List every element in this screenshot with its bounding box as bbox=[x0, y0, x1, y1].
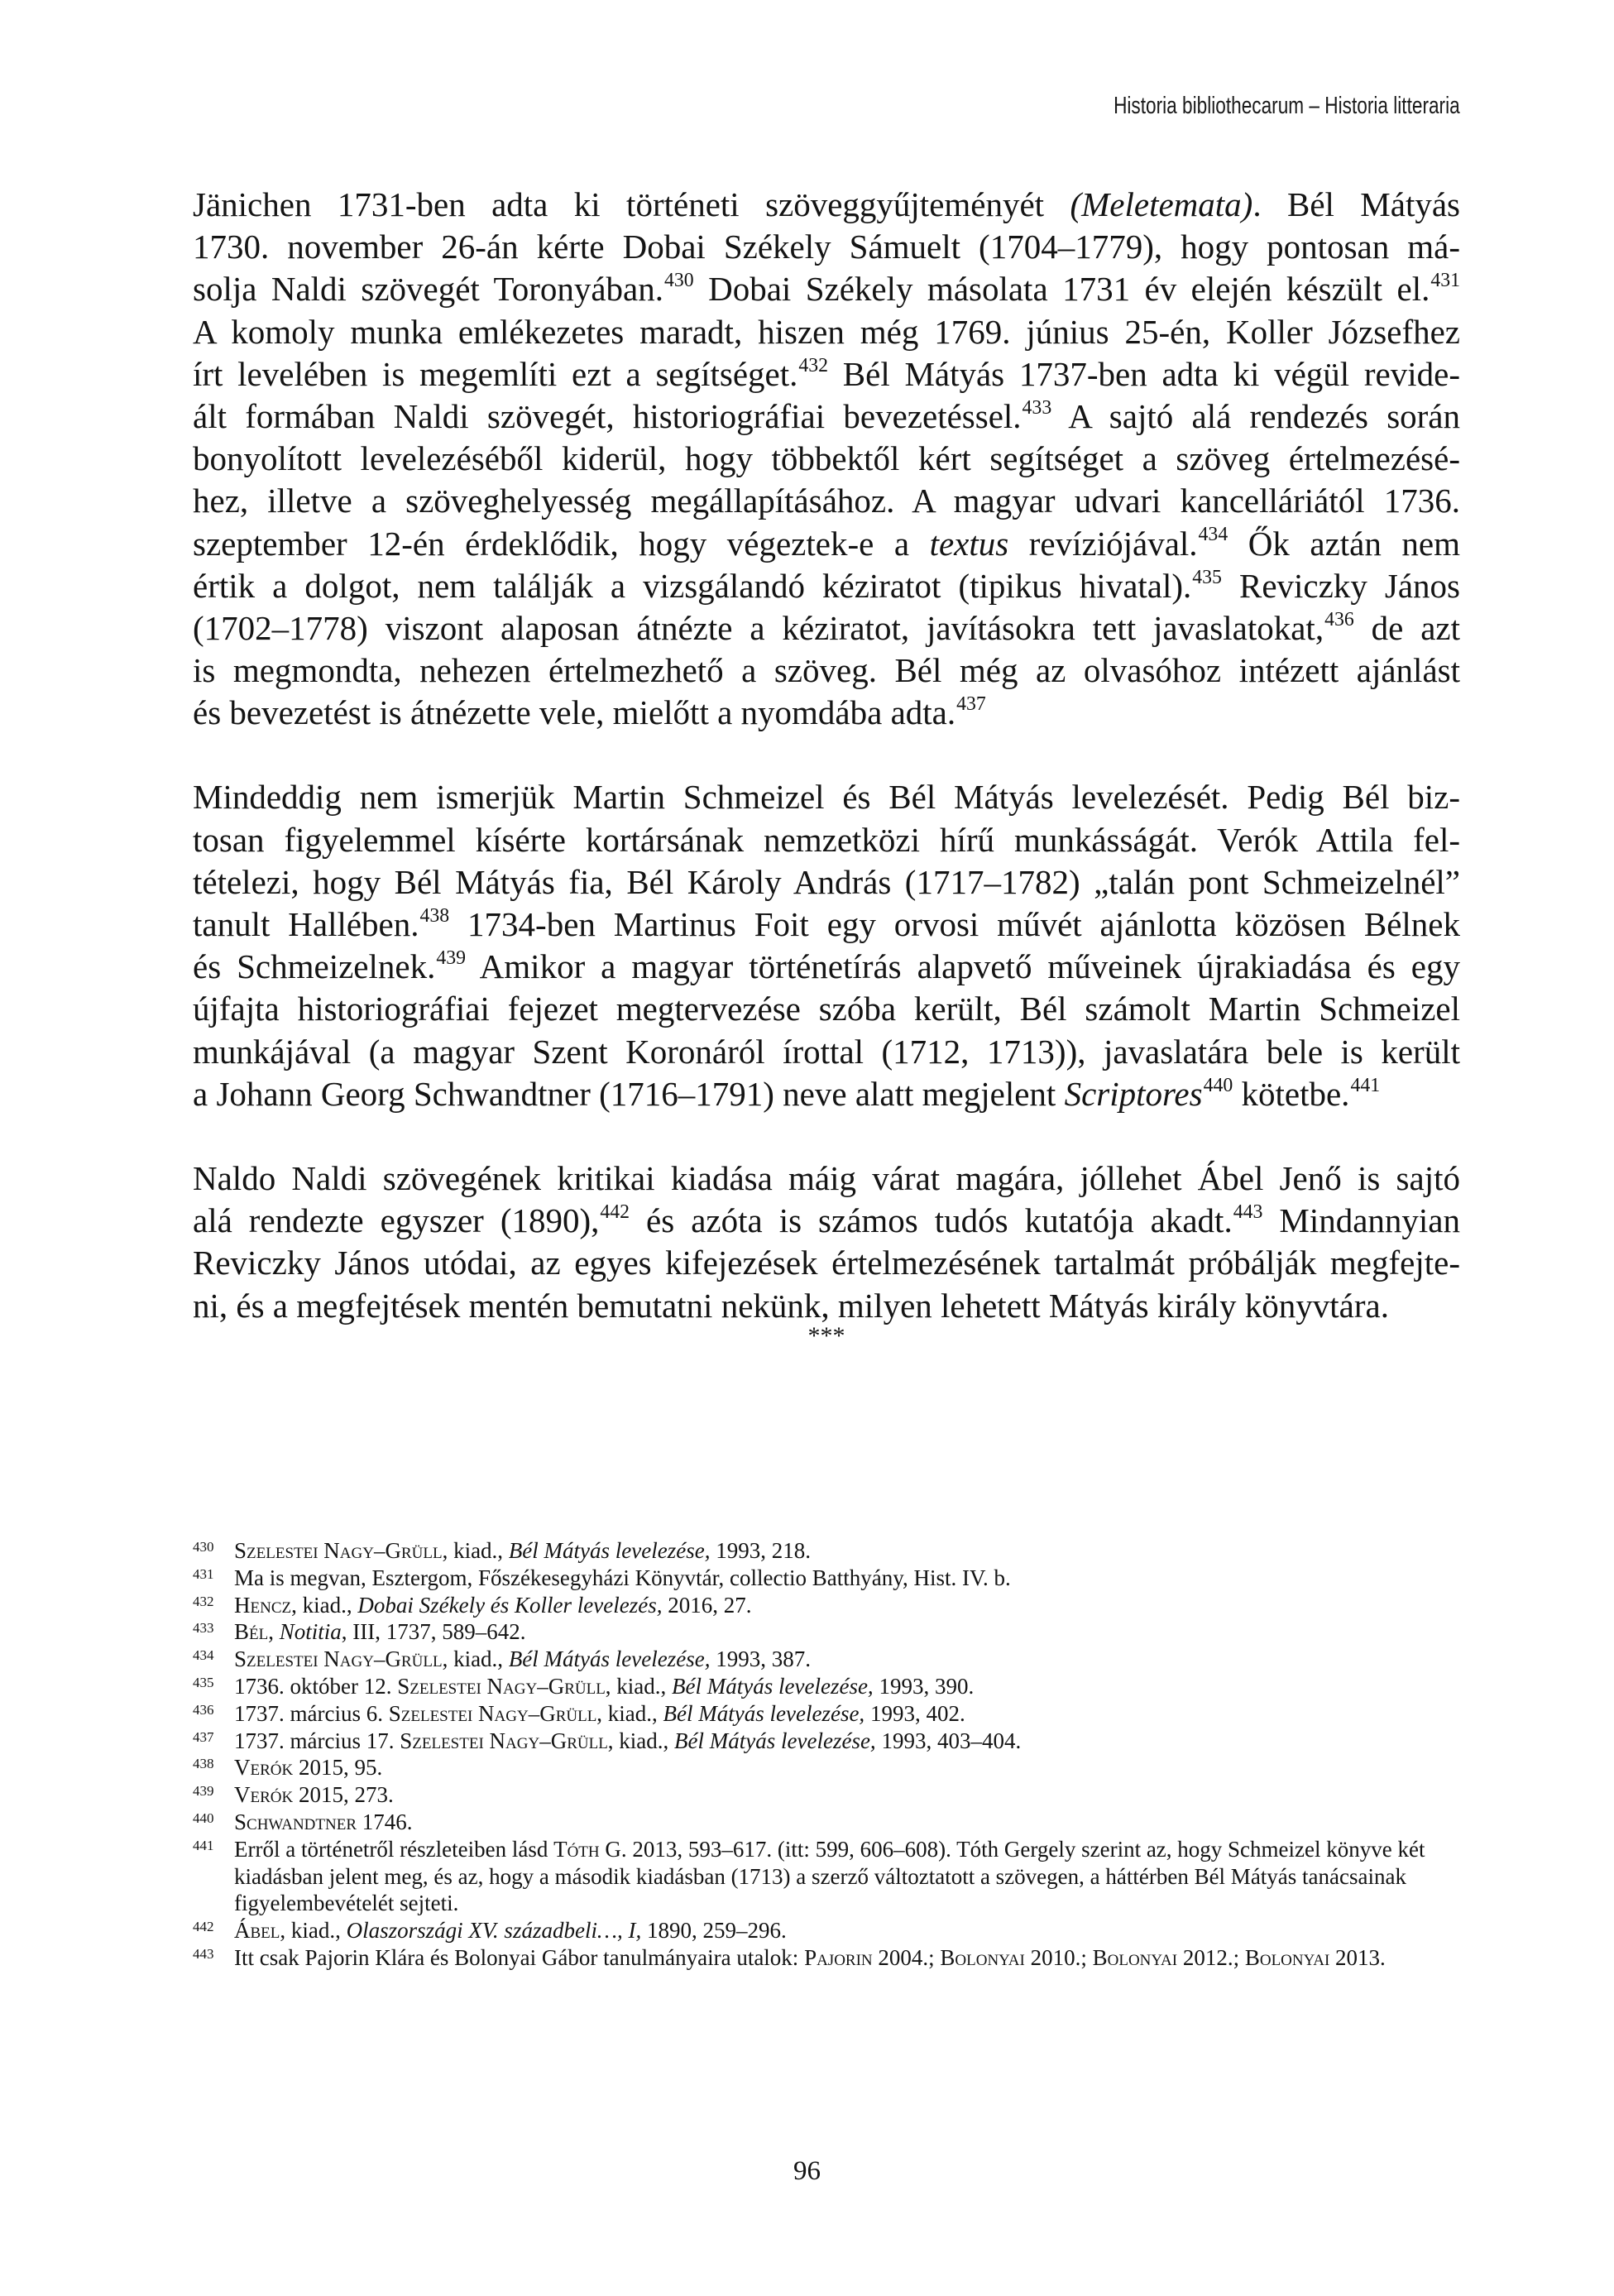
text-run: 2012.; bbox=[1177, 1945, 1245, 1970]
text-run: 1734-ben Martinus Foit egy orvosi művét … bbox=[449, 905, 1460, 943]
text-run: , kiad., bbox=[280, 1918, 346, 1943]
author-name: Verók bbox=[234, 1782, 293, 1807]
italic-title: Bél Mátyás levelezése, bbox=[509, 1647, 711, 1671]
footnote-number: 431 bbox=[193, 1561, 234, 1589]
text-run: 1737. március 17. bbox=[234, 1728, 400, 1753]
text-line: értik a dolgot, nem találják a vizsgálan… bbox=[193, 565, 1460, 607]
footnotes-section: 430Szelestei Nagy–Grüll, kiad., Bél Máty… bbox=[193, 1537, 1460, 1972]
paragraph: Naldo Naldi szövegének kritikai kiadása … bbox=[193, 1158, 1460, 1327]
footnote-reference[interactable]: 440 bbox=[1204, 1075, 1233, 1096]
author-name: Bolonyai bbox=[1093, 1945, 1177, 1970]
footnote-text: 1737. március 6. Szelestei Nagy–Grüll, k… bbox=[234, 1700, 1460, 1728]
text-run: írt levelében is megemlíti ezt a segítsé… bbox=[193, 355, 797, 393]
text-run: 1890, 259–296. bbox=[641, 1918, 787, 1943]
italic-title: Bél Mátyás levelezése, bbox=[674, 1728, 876, 1753]
section-break-asterisks: *** bbox=[193, 1324, 1460, 1349]
footnote-number: 443 bbox=[193, 1941, 234, 1968]
footnote-item: 438Verók 2015, 95. bbox=[193, 1754, 1460, 1781]
text-line: Jänichen 1731-ben adta ki történeti szöv… bbox=[193, 184, 1460, 226]
footnote-text: 1736. október 12. Szelestei Nagy–Grüll, … bbox=[234, 1673, 1460, 1700]
text-run: Amikor a magyar történetírás alapvető mű… bbox=[466, 947, 1460, 985]
author-name: Szelestei Nagy–Grüll bbox=[389, 1701, 597, 1726]
body-text: Jänichen 1731-ben adta ki történeti szöv… bbox=[193, 184, 1460, 1349]
document-page: Historia bibliothecarum – Historia litte… bbox=[0, 0, 1614, 2296]
footnote-number: 442 bbox=[193, 1914, 234, 1941]
footnote-number: 434 bbox=[193, 1642, 234, 1670]
text-run: solja Naldi szövegét Toronyában. bbox=[193, 270, 663, 308]
footnote-number: 439 bbox=[193, 1778, 234, 1805]
text-run: 1993, 387. bbox=[710, 1647, 811, 1671]
text-run: is megmondta, nehezen értelmezhető a szö… bbox=[193, 651, 1460, 689]
text-run: Ma is megvan, Esztergom, Főszékesegyházi… bbox=[234, 1565, 1011, 1590]
footnote-reference[interactable]: 443 bbox=[1233, 1201, 1263, 1223]
footnote-item: 432Hencz, kiad., Dobai Székely és Koller… bbox=[193, 1592, 1460, 1619]
author-name: Szelestei Nagy–Grüll bbox=[400, 1728, 608, 1753]
footnote-number: 441 bbox=[193, 1833, 234, 1860]
text-run: Reviczky János utódai, az egyes kifejezé… bbox=[193, 1244, 1460, 1282]
footnote-reference[interactable]: 439 bbox=[436, 947, 466, 969]
text-line: 1730. november 26-án kérte Dobai Székely… bbox=[193, 226, 1460, 268]
text-line: újfajta historiográfiai fejezet megterve… bbox=[193, 988, 1460, 1030]
footnote-reference[interactable]: 437 bbox=[956, 693, 986, 715]
text-run: revíziójával. bbox=[1008, 525, 1197, 563]
footnote-item: 4351736. október 12. Szelestei Nagy–Grül… bbox=[193, 1673, 1460, 1700]
footnote-text: 1737. március 17. Szelestei Nagy–Grüll, … bbox=[234, 1728, 1460, 1755]
footnote-text: Itt csak Pajorin Klára és Bolonyai Gábor… bbox=[234, 1944, 1460, 1972]
footnote-number: 440 bbox=[193, 1805, 234, 1833]
text-run: 2013. bbox=[1329, 1945, 1386, 1970]
text-run: alá rendezte egyszer (1890), bbox=[193, 1201, 599, 1239]
footnote-reference[interactable]: 435 bbox=[1192, 567, 1222, 588]
author-name: Ábel bbox=[234, 1918, 280, 1943]
text-run: 2004.; bbox=[873, 1945, 941, 1970]
footnote-number: 433 bbox=[193, 1615, 234, 1642]
text-run: tételezi, hogy Bél Mátyás fia, Bél Károl… bbox=[193, 863, 1460, 901]
footnote-item: 434Szelestei Nagy–Grüll, kiad., Bél Máty… bbox=[193, 1646, 1460, 1673]
italic-title: textus bbox=[930, 525, 1009, 563]
author-name: Bél bbox=[234, 1619, 268, 1644]
text-run: és bevezetést is átnézette vele, mielőtt… bbox=[193, 693, 955, 731]
text-line: ni, és a megfejtések mentén bemutatni ne… bbox=[193, 1285, 1460, 1327]
text-line: hez, illetve a szöveghelyesség megállapí… bbox=[193, 480, 1460, 522]
text-line: (1702–1778) viszont alaposan átnézte a k… bbox=[193, 607, 1460, 649]
text-run: hez, illetve a szöveghelyesség megállapí… bbox=[193, 482, 1460, 520]
footnote-item: 440Schwandtner 1746. bbox=[193, 1809, 1460, 1836]
italic-title: (Meletemata) bbox=[1070, 185, 1252, 223]
footnote-item: 442Ábel, kiad., Olaszországi XV. századb… bbox=[193, 1917, 1460, 1944]
text-run: , kiad., bbox=[443, 1538, 509, 1563]
text-run: ni, és a megfejtések mentén bemutatni ne… bbox=[193, 1287, 1389, 1325]
text-run: 1746. bbox=[357, 1809, 413, 1834]
text-line: Mindeddig nem ismerjük Martin Schmeizel … bbox=[193, 776, 1460, 818]
footnote-item: 4361737. március 6. Szelestei Nagy–Grüll… bbox=[193, 1700, 1460, 1728]
author-name: Szelestei Nagy–Grüll bbox=[397, 1674, 606, 1699]
text-line: is megmondta, nehezen értelmezhető a szö… bbox=[193, 649, 1460, 692]
text-run: Mindeddig nem ismerjük Martin Schmeizel … bbox=[193, 778, 1460, 816]
footnote-reference[interactable]: 442 bbox=[600, 1201, 630, 1223]
footnote-text: Erről a történetről részleteiben lásd Tó… bbox=[234, 1836, 1460, 1917]
page-number: 96 bbox=[0, 2156, 1614, 2187]
running-header: Historia bibliothecarum – Historia litte… bbox=[1114, 93, 1460, 120]
text-run: Naldo Naldi szövegének kritikai kiadása … bbox=[193, 1159, 1460, 1197]
paragraph: Mindeddig nem ismerjük Martin Schmeizel … bbox=[193, 776, 1460, 1115]
text-run: Ők aztán nem bbox=[1228, 525, 1460, 563]
text-run: 1736. október 12. bbox=[234, 1674, 397, 1699]
footnote-text: Ábel, kiad., Olaszországi XV. századbeli… bbox=[234, 1917, 1460, 1944]
footnote-text: Szelestei Nagy–Grüll, kiad., Bél Mátyás … bbox=[234, 1537, 1460, 1565]
text-run: bonyolított levelezéséből kiderül, hogy … bbox=[193, 439, 1460, 477]
text-run: értik a dolgot, nem találják a vizsgálan… bbox=[193, 567, 1191, 605]
footnote-reference[interactable]: 431 bbox=[1430, 270, 1460, 291]
text-run: és Schmeizelnek. bbox=[193, 947, 435, 985]
text-run: újfajta historiográfiai fejezet megterve… bbox=[193, 990, 1460, 1028]
text-run: Mindannyian bbox=[1262, 1201, 1460, 1239]
text-line: szeptember 12-én érdeklődik, hogy végezt… bbox=[193, 523, 1460, 565]
footnote-text: Hencz, kiad., Dobai Székely és Koller le… bbox=[234, 1592, 1460, 1619]
text-run: 1993, 390. bbox=[874, 1674, 975, 1699]
footnote-reference[interactable]: 434 bbox=[1199, 524, 1228, 545]
text-run: Dobai Székely másolata 1731 év elején ké… bbox=[694, 270, 1430, 308]
text-line: Reviczky János utódai, az egyes kifejezé… bbox=[193, 1242, 1460, 1284]
text-run: 2015, 273. bbox=[293, 1782, 394, 1807]
text-run: kötetbe. bbox=[1233, 1075, 1349, 1113]
paragraph: Jänichen 1731-ben adta ki történeti szöv… bbox=[193, 184, 1460, 734]
italic-title: Notitia bbox=[280, 1619, 342, 1644]
text-run: A komoly munka emlékezetes maradt, hisze… bbox=[193, 313, 1460, 351]
italic-title: Bél Mátyás levelezése, bbox=[672, 1674, 874, 1699]
text-line: ált formában Naldi szövegét, historiográ… bbox=[193, 395, 1460, 438]
author-name: Szelestei Nagy–Grüll bbox=[234, 1538, 443, 1563]
text-line: írt levelében is megemlíti ezt a segítsé… bbox=[193, 353, 1460, 395]
text-run: 1737. március 6. bbox=[234, 1701, 389, 1726]
author-name: Bolonyai bbox=[940, 1945, 1024, 1970]
footnote-item: 439Verók 2015, 273. bbox=[193, 1781, 1460, 1809]
text-run: de azt bbox=[1354, 609, 1460, 647]
text-line: Naldo Naldi szövegének kritikai kiadása … bbox=[193, 1158, 1460, 1200]
text-run: A sajtó alá rendezés során bbox=[1051, 397, 1460, 435]
italic-title: Bél Mátyás levelezése, bbox=[509, 1538, 711, 1563]
footnote-number: 430 bbox=[193, 1534, 234, 1561]
text-line: tosan figyelemmel kísérte kortársának ne… bbox=[193, 819, 1460, 861]
text-line: A komoly munka emlékezetes maradt, hisze… bbox=[193, 311, 1460, 353]
text-line: és bevezetést is átnézette vele, mielőtt… bbox=[193, 692, 1460, 734]
text-run: munkájával (a magyar Szent Koronáról íro… bbox=[193, 1033, 1460, 1071]
text-line: tanult Hallében.438 1734-ben Martinus Fo… bbox=[193, 904, 1460, 946]
text-run: a Johann Georg Schwandtner (1716–1791) n… bbox=[193, 1075, 1065, 1113]
paragraph-spacer bbox=[193, 734, 1460, 776]
footnote-item: 443Itt csak Pajorin Klára és Bolonyai Gá… bbox=[193, 1944, 1460, 1972]
author-name: Schwandtner bbox=[234, 1809, 357, 1834]
footnote-number: 435 bbox=[193, 1670, 234, 1697]
text-line: bonyolított levelezéséből kiderül, hogy … bbox=[193, 438, 1460, 480]
author-name: Pajorin bbox=[804, 1945, 873, 1970]
text-run: . Bél Mátyás bbox=[1252, 185, 1460, 223]
footnote-text: Ma is megvan, Esztergom, Főszékesegyházi… bbox=[234, 1565, 1460, 1592]
text-run: szeptember 12-én érdeklődik, hogy végezt… bbox=[193, 525, 930, 563]
text-run: , kiad., bbox=[608, 1728, 674, 1753]
text-run: , kiad., bbox=[606, 1674, 672, 1699]
text-run: , kiad., bbox=[291, 1593, 357, 1618]
text-run: 1993, 218. bbox=[710, 1538, 811, 1563]
footnote-text: Szelestei Nagy–Grüll, kiad., Bél Mátyás … bbox=[234, 1646, 1460, 1673]
text-run: tosan figyelemmel kísérte kortársának ne… bbox=[193, 821, 1460, 859]
author-name: Bolonyai bbox=[1245, 1945, 1329, 1970]
footnote-item: 4371737. március 17. Szelestei Nagy–Grül… bbox=[193, 1728, 1460, 1755]
footnote-reference[interactable]: 433 bbox=[1023, 397, 1052, 419]
text-run: 2015, 95. bbox=[293, 1755, 382, 1780]
footnote-number: 432 bbox=[193, 1589, 234, 1616]
italic-title: Olaszországi XV. századbeli…, I, bbox=[347, 1918, 642, 1943]
text-run: 2016, 27. bbox=[663, 1593, 752, 1618]
text-line: tételezi, hogy Bél Mátyás fia, Bél Károl… bbox=[193, 861, 1460, 904]
footnote-reference[interactable]: 430 bbox=[664, 270, 694, 291]
footnote-item: 433Bél, Notitia, III, 1737, 589–642. bbox=[193, 1618, 1460, 1646]
footnote-text: Bél, Notitia, III, 1737, 589–642. bbox=[234, 1618, 1460, 1646]
text-run: Bél Mátyás 1737-ben adta ki végül revide… bbox=[828, 355, 1460, 393]
text-run: Erről a történetről részleteiben lásd bbox=[234, 1837, 553, 1862]
text-run: 2010.; bbox=[1025, 1945, 1093, 1970]
text-run: , kiad., bbox=[443, 1647, 509, 1671]
text-line: alá rendezte egyszer (1890),442 és azóta… bbox=[193, 1200, 1460, 1242]
footnote-reference[interactable]: 436 bbox=[1324, 609, 1354, 630]
text-run: , bbox=[268, 1619, 280, 1644]
text-run: tanult Hallében. bbox=[193, 905, 419, 943]
text-run: (1702–1778) viszont alaposan átnézte a k… bbox=[193, 609, 1324, 647]
text-line: és Schmeizelnek.439 Amikor a magyar tört… bbox=[193, 946, 1460, 988]
text-run: , kiad., bbox=[596, 1701, 663, 1726]
text-line: a Johann Georg Schwandtner (1716–1791) n… bbox=[193, 1073, 1460, 1115]
author-name: Verók bbox=[234, 1755, 293, 1780]
text-run: , III, 1737, 589–642. bbox=[342, 1619, 526, 1644]
text-run: 1993, 402. bbox=[864, 1701, 965, 1726]
footnote-item: 431Ma is megvan, Esztergom, Főszékesegyh… bbox=[193, 1565, 1460, 1592]
italic-title: Bél Mátyás levelezése, bbox=[663, 1701, 865, 1726]
author-name: Szelestei Nagy–Grüll bbox=[234, 1647, 443, 1671]
text-run: ált formában Naldi szövegét, historiográ… bbox=[193, 397, 1022, 435]
footnote-number: 436 bbox=[193, 1697, 234, 1724]
footnote-reference[interactable]: 441 bbox=[1350, 1075, 1380, 1096]
text-line: solja Naldi szövegét Toronyában.430 Doba… bbox=[193, 268, 1460, 310]
text-run: 1993, 403–404. bbox=[876, 1728, 1022, 1753]
footnote-reference[interactable]: 432 bbox=[798, 355, 828, 376]
paragraph-spacer bbox=[193, 1115, 1460, 1158]
author-name: Hencz bbox=[234, 1593, 291, 1618]
text-run: és azóta is számos tudós kutatója akadt. bbox=[630, 1201, 1233, 1239]
footnote-item: 441Erről a történetről részleteiben lásd… bbox=[193, 1836, 1460, 1917]
text-run: Itt csak Pajorin Klára és Bolonyai Gábor… bbox=[234, 1945, 804, 1970]
italic-title: Scriptores bbox=[1065, 1075, 1203, 1113]
text-run: Jänichen 1731-ben adta ki történeti szöv… bbox=[193, 185, 1070, 223]
footnote-text: Verók 2015, 273. bbox=[234, 1781, 1460, 1809]
text-run: Reviczky János bbox=[1222, 567, 1460, 605]
footnote-text: Verók 2015, 95. bbox=[234, 1754, 1460, 1781]
footnote-number: 437 bbox=[193, 1724, 234, 1752]
italic-title: Dobai Székely és Koller levelezés, bbox=[357, 1593, 662, 1618]
text-line: munkájával (a magyar Szent Koronáról íro… bbox=[193, 1031, 1460, 1073]
footnote-item: 430Szelestei Nagy–Grüll, kiad., Bél Máty… bbox=[193, 1537, 1460, 1565]
footnote-reference[interactable]: 438 bbox=[420, 905, 450, 927]
footnote-number: 438 bbox=[193, 1751, 234, 1778]
footnote-text: Schwandtner 1746. bbox=[234, 1809, 1460, 1836]
author-name: Tóth bbox=[553, 1837, 600, 1862]
text-run: 1730. november 26-án kérte Dobai Székely… bbox=[193, 228, 1460, 266]
